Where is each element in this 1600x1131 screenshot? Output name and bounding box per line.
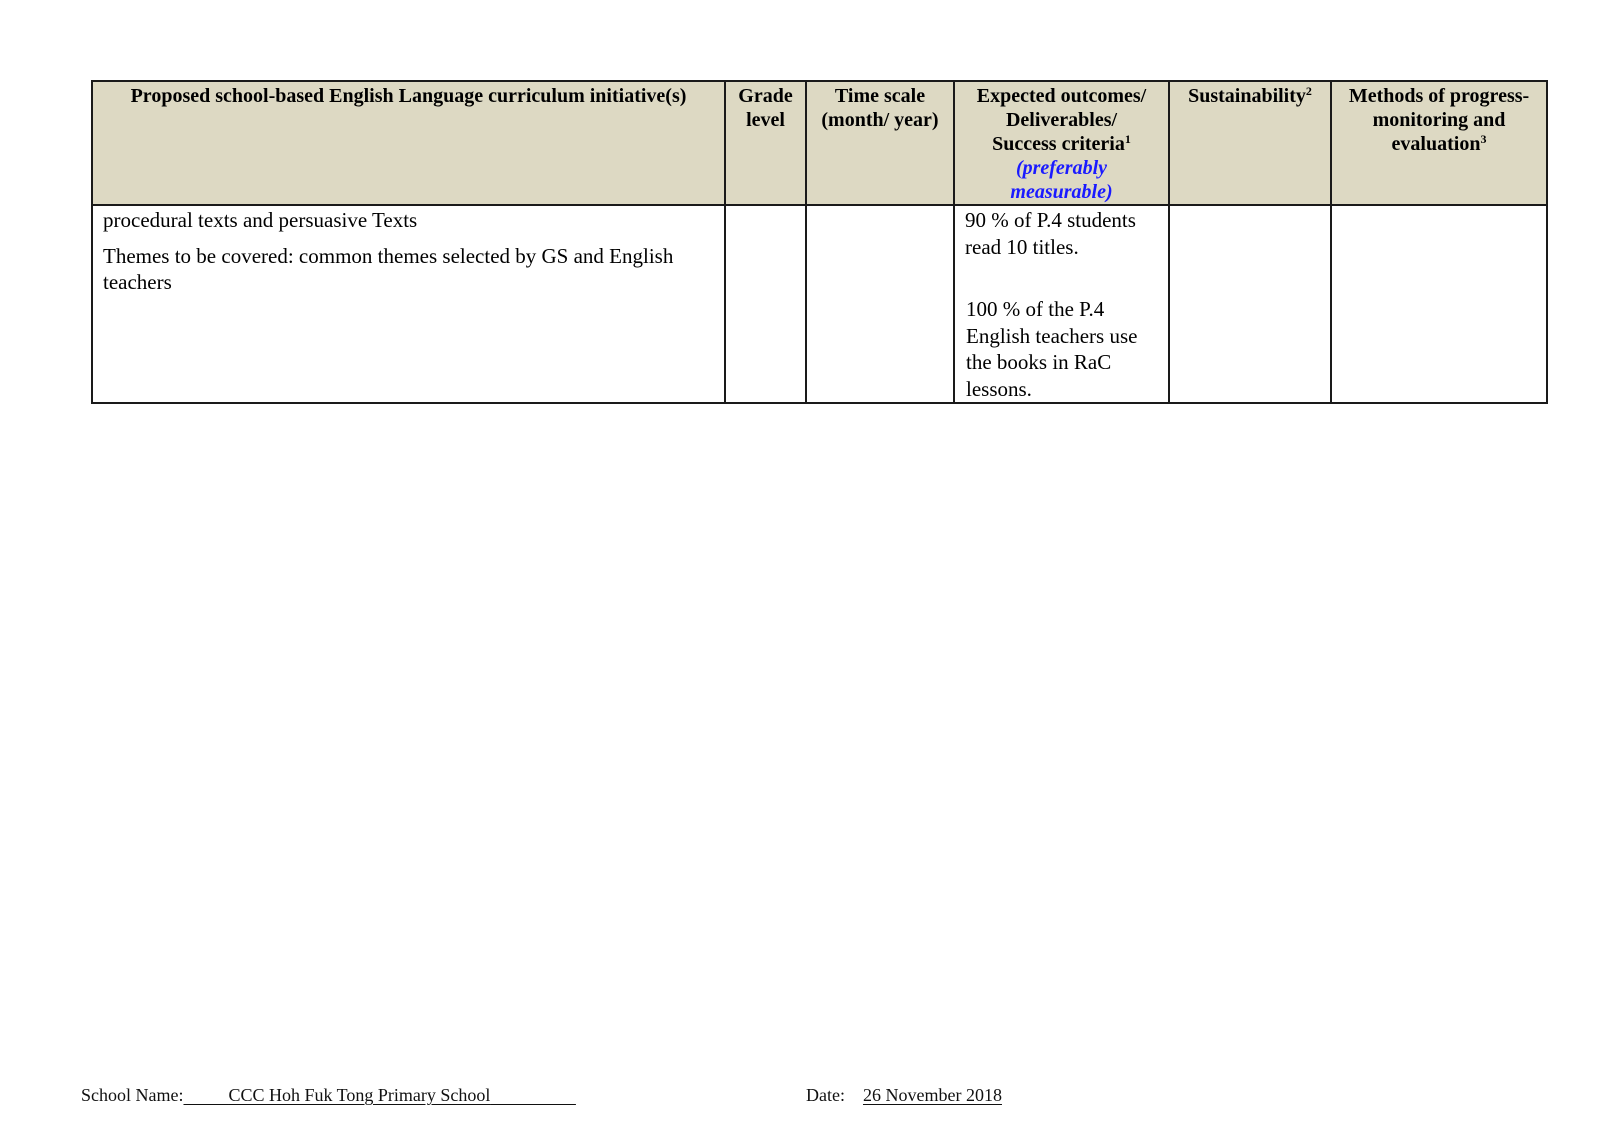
header-initiative: Proposed school-based English Language c… — [92, 81, 725, 205]
date-value: 26 November 2018 — [863, 1085, 1002, 1105]
header-grade-level: Grade level — [725, 81, 806, 205]
header-methods: Methods of progress- monitoring and eval… — [1331, 81, 1547, 205]
footer-date: Date: 26 November 2018 — [806, 1084, 1002, 1106]
header-sustainability: Sustainability2 — [1169, 81, 1331, 205]
cell-methods — [1331, 205, 1547, 403]
cell-time-scale — [806, 205, 954, 403]
table-row: procedural texts and persuasive Texts Th… — [92, 205, 1547, 403]
measurable-note-2: measurable) — [955, 180, 1168, 204]
header-time-scale: Time scale (month/ year) — [806, 81, 954, 205]
table-header-row: Proposed school-based English Language c… — [92, 81, 1547, 205]
footer-school-name: School Name: CCC Hoh Fuk Tong Primary Sc… — [81, 1084, 576, 1106]
cell-initiative: procedural texts and persuasive Texts Th… — [92, 205, 725, 403]
footnote-ref-2: 2 — [1306, 84, 1312, 98]
footnote-ref-1: 1 — [1125, 132, 1131, 146]
measurable-note: (preferably — [955, 156, 1168, 180]
school-name-value: CCC Hoh Fuk Tong Primary School — [228, 1085, 490, 1105]
document-page: Proposed school-based English Language c… — [0, 0, 1600, 1131]
cell-sustainability — [1169, 205, 1331, 403]
cell-expected-outcomes: 90 % of P.4 students read 10 titles. 100… — [954, 205, 1169, 403]
curriculum-plan-table: Proposed school-based English Language c… — [91, 80, 1548, 404]
school-name-label: School Name: — [81, 1085, 183, 1105]
date-label: Date: — [806, 1085, 845, 1105]
footnote-ref-3: 3 — [1480, 132, 1486, 146]
cell-grade-level — [725, 205, 806, 403]
header-expected-outcomes: Expected outcomes/ Deliverables/ Success… — [954, 81, 1169, 205]
